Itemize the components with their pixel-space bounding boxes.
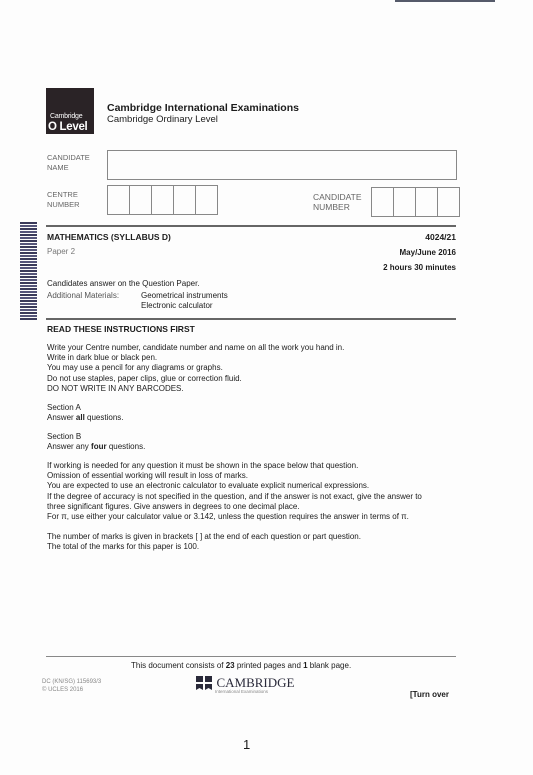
general-instructions: Write your Centre number, candidate numb… <box>47 343 344 394</box>
cambridge-crest-icon <box>196 676 212 690</box>
instructions-heading: READ THESE INSTRUCTIONS FIRST <box>47 324 195 334</box>
subject-title: MATHEMATICS (SYLLABUS D) <box>47 232 171 242</box>
qualification-title: Cambridge Ordinary Level <box>107 114 218 125</box>
working-instructions: If working is needed for any question it… <box>47 461 422 522</box>
exam-session: May/June 2016 <box>336 247 456 258</box>
divider <box>46 225 456 227</box>
digit-cell[interactable] <box>394 188 416 216</box>
digit-cell[interactable] <box>130 186 152 214</box>
digit-cell[interactable] <box>196 186 217 214</box>
exam-board-title: Cambridge International Examinations <box>107 102 299 114</box>
digit-cell[interactable] <box>416 188 438 216</box>
digit-cell[interactable] <box>372 188 394 216</box>
logo-line-2: O Level <box>48 121 87 133</box>
divider <box>46 656 456 657</box>
digit-cell[interactable] <box>174 186 196 214</box>
marks-info: The number of marks is given in brackets… <box>47 532 361 552</box>
materials-item: Electronic calculator <box>141 300 213 311</box>
candidate-number-label: CANDIDATENUMBER <box>313 192 362 212</box>
candidate-name-field[interactable] <box>107 150 457 180</box>
page-number: 1 <box>243 737 250 752</box>
cambridge-brand: CAMBRIDGE International Examinations <box>196 674 294 694</box>
centre-number-field[interactable] <box>107 185 218 215</box>
barcode <box>20 222 37 320</box>
brand-name: CAMBRIDGE <box>216 675 294 690</box>
paper-number: Paper 2 <box>47 246 75 257</box>
turn-over-note: [Turn over <box>410 689 449 700</box>
paper-code: 4024/21 <box>356 232 456 242</box>
exam-duration: 2 hours 30 minutes <box>336 262 456 273</box>
digit-cell[interactable] <box>438 188 459 216</box>
digit-cell[interactable] <box>108 186 130 214</box>
candidate-name-label: CANDIDATENAME <box>47 153 90 173</box>
materials-label: Additional Materials: <box>47 290 119 301</box>
centre-number-label: CENTRENUMBER <box>47 190 80 210</box>
document-reference: DC (KN/SG) 115693/3 © UCLES 2016 <box>42 678 101 694</box>
digit-cell[interactable] <box>152 186 174 214</box>
section-a: Section A Answer all questions. <box>47 403 124 423</box>
o-level-logo: Cambridge O Level <box>46 88 94 134</box>
divider <box>46 318 456 320</box>
candidate-number-field[interactable] <box>371 187 460 217</box>
answer-on-note: Candidates answer on the Question Paper. <box>47 278 200 289</box>
section-b: Section B Answer any four questions. <box>47 432 145 452</box>
scan-edge-mark <box>395 0 495 2</box>
page-count-note: This document consists of 23 printed pag… <box>131 660 351 671</box>
logo-line-1: Cambridge <box>50 113 82 120</box>
